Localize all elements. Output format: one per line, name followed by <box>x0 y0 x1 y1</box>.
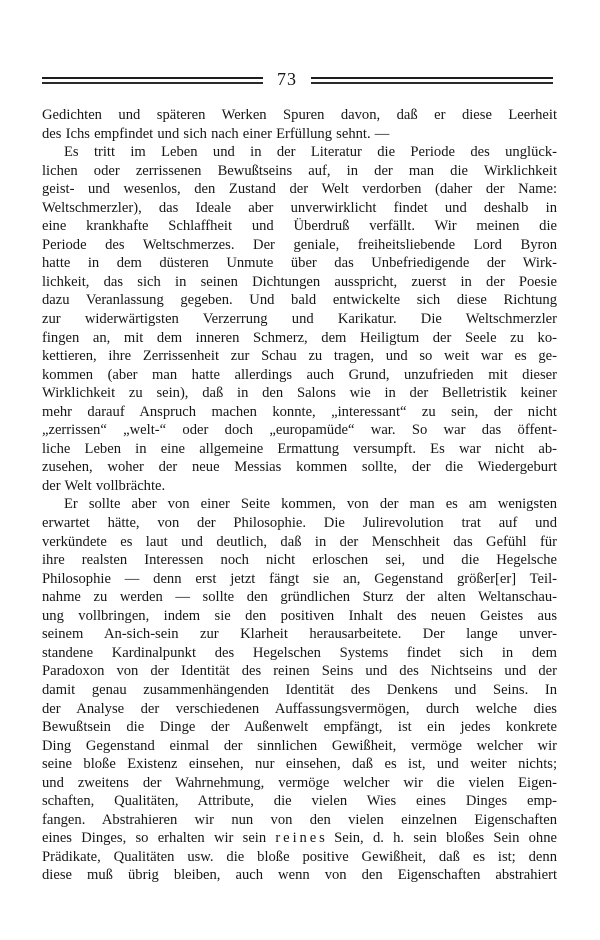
text-line: fingen an, mit dem inneren Schmerz, dem … <box>42 329 557 348</box>
text-line: zur widerwärtigsten Verzerrung und Karik… <box>42 310 557 329</box>
text-line: Philosophie — denn erst jetzt fängt sie … <box>42 570 557 589</box>
page-number: 73 <box>263 69 311 90</box>
text-line: verkündete es laut und deutlich, daß in … <box>42 533 557 552</box>
text-line: standene Kardinalpunkt des Hegelschen Sy… <box>42 644 557 663</box>
text-line: liche Leben in eine allgemeine Ermattung… <box>42 440 557 459</box>
text-line: nahme zu werden — sollte den gründlichen… <box>42 588 557 607</box>
text-line: dazu Veranlassung gegeben. Und bald entw… <box>42 291 557 310</box>
page: 73 Gedichten und späteren Werken Spuren … <box>0 0 600 940</box>
text-line: schaften, Qualitäten, Attribute, die vie… <box>42 792 557 811</box>
text-line: eines Dinges, so erhalten wir sein r e i… <box>42 829 557 848</box>
text-line: ung vollbringen, indem sie den positiven… <box>42 607 557 626</box>
text-line: Prädikate, Qualitäten usw. die bloße pos… <box>42 848 557 867</box>
text-line: seine bloße Existenz einsehen, nur einse… <box>42 755 557 774</box>
text-line: seinem An-sich-sein zur Klarheit herausa… <box>42 625 557 644</box>
text-line: Gedichten und späteren Werken Spuren dav… <box>42 106 557 125</box>
text-line: und zweitens der Wahrnehmung, vermöge we… <box>42 774 557 793</box>
header-rule-right <box>311 77 553 84</box>
text-line: der Welt vollbrächte. <box>42 477 557 496</box>
text-block: Gedichten und späteren Werken Spuren dav… <box>42 106 557 885</box>
text-line: erwartet hätte, von der Philosophie. Die… <box>42 514 557 533</box>
text-line: diese muß übrig bleiben, auch wenn von d… <box>42 866 557 885</box>
header-rule-left <box>42 77 263 84</box>
text-line: „zerrissen“ „welt-“ oder doch „europamüd… <box>42 421 557 440</box>
text-line: eine krankhafte Schlaffheit und Überdruß… <box>42 217 557 236</box>
text-line: geist- und wesenlos, den Zustand der Wel… <box>42 180 557 199</box>
text-line: der Analyse der verschiedenen Auffassung… <box>42 700 557 719</box>
page-header: 73 <box>0 0 600 100</box>
text-line: mehr darauf Anspruch machen konnte, „int… <box>42 403 557 422</box>
text-line: fangen. Abstrahieren wir nun von den vie… <box>42 811 557 830</box>
text-line: Weltschmerzler), das Ideale aber unverwi… <box>42 199 557 218</box>
text-line: Wirklichkeit zu sein), daß in den Salons… <box>42 384 557 403</box>
text-line: Periode des Weltschmerzes. Der geniale, … <box>42 236 557 255</box>
text-line: des Ichs empfindet und sich nach einer E… <box>42 125 557 144</box>
text-line: Es tritt im Leben und in der Literatur d… <box>42 143 557 162</box>
text-line: hatte in dem düsteren Unmute über das Un… <box>42 254 557 273</box>
text-line: Paradoxon von der Identität des reinen S… <box>42 662 557 681</box>
text-line: ihre realsten Interessen noch nicht erlo… <box>42 551 557 570</box>
text-line: Ding Gegenstand einmal der sinnlichen Ge… <box>42 737 557 756</box>
text-line: damit genau zusammenhängenden Identität … <box>42 681 557 700</box>
text-line: kettieren, ihre Zerrissenheit zur Schau … <box>42 347 557 366</box>
text-line: lichkeit, das sich in seinen Dichtungen … <box>42 273 557 292</box>
text-line: zusehen, woher der neue Messias kommen s… <box>42 458 557 477</box>
text-line: Bewußtsein die Dinge der Außenwelt empfä… <box>42 718 557 737</box>
text-line: lichen oder zerrissenen Bewußtseins auf,… <box>42 162 557 181</box>
text-line: Er sollte aber von einer Seite kommen, v… <box>42 495 557 514</box>
text-line: kommen (aber man hatte allerdings auch G… <box>42 366 557 385</box>
